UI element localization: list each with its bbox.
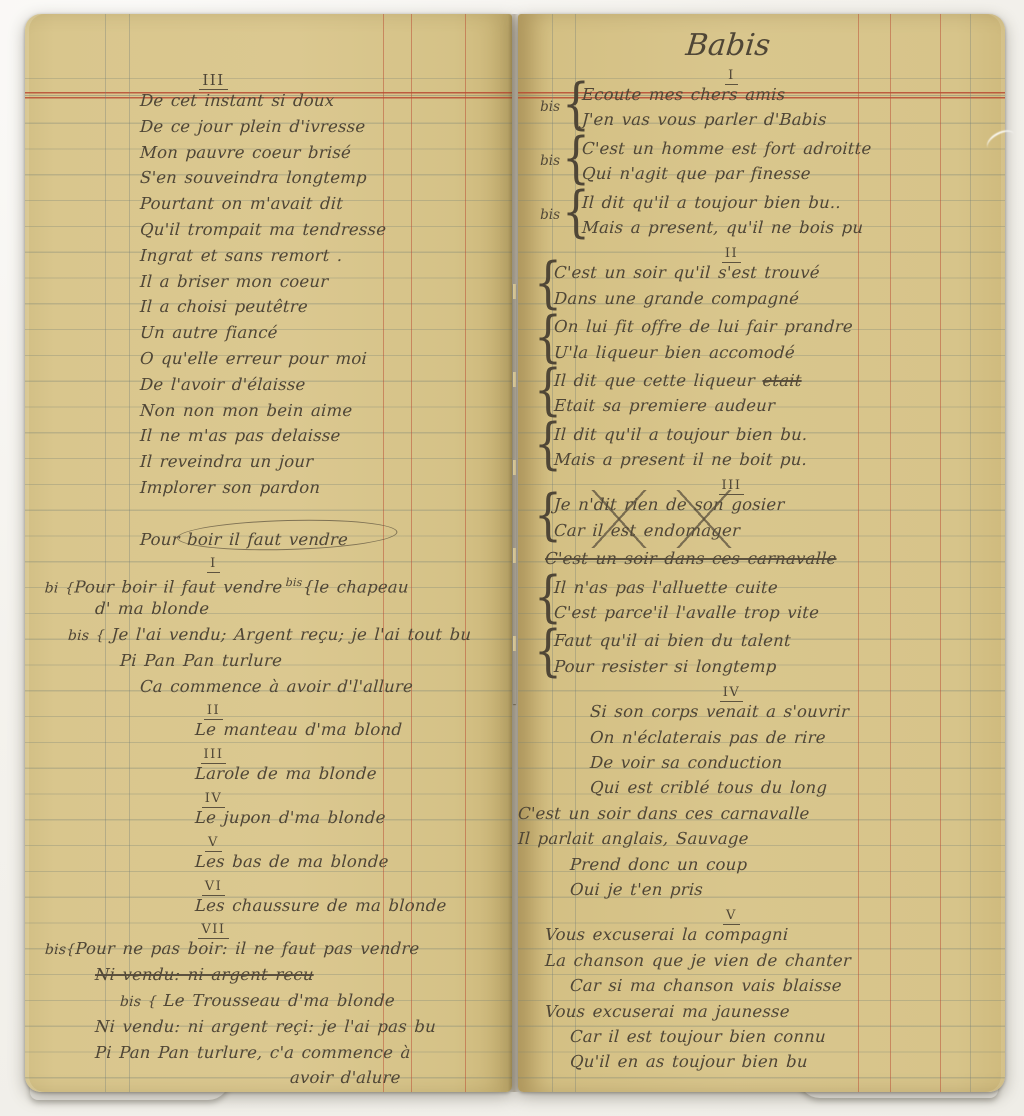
verse-line: Vous excuserai ma jaunesse xyxy=(472,999,1005,1024)
verse-lines: Il dit que cette liqueur etaitEtait sa p… xyxy=(554,368,1005,419)
verse-line: C'est parce'il l'avalle trop vite xyxy=(553,600,1005,625)
verse-line: C'est un soir dans ces carnavalle xyxy=(445,801,1005,826)
verse-lines: Les chaussure de ma blonde xyxy=(25,893,512,919)
verse-group: {C'est un soir qu'il s'est trouvéDans un… xyxy=(518,260,1005,311)
line-text: Il ne m'as pas delaisse xyxy=(140,426,342,445)
line-text: avoir d'alure xyxy=(290,1068,402,1087)
verse-line: bis { Je l'ai vendu; Argent reçu; je l'a… xyxy=(0,622,513,648)
verse-line: Ca commence à avoir d'l'allure xyxy=(24,674,512,700)
line-text: Il reveindra un jour xyxy=(140,452,314,471)
verse-group: Larole de ma blonde xyxy=(25,761,512,787)
verse-line: Car si ma chanson vais blaisse xyxy=(497,973,1005,998)
line-text: Prend donc un coup xyxy=(570,855,748,874)
verse-line: Vous excuserai la compagni xyxy=(472,922,1005,947)
verse-line: Pour resister si longtemp xyxy=(553,654,1005,679)
verse-line: C'est un homme est fort adroitte xyxy=(581,136,1005,161)
verse-lines: Faut qu'il ai bien du talentPour resiste… xyxy=(554,628,1005,679)
line-text: {le chapeau xyxy=(303,578,409,597)
line-text: Si son corps venait a s'ouvrir xyxy=(590,702,850,721)
verse-section: IVLe jupon d'ma blonde xyxy=(25,788,512,831)
right-page: Babis Ibis{Ecoute mes chers amisJ'en vas… xyxy=(518,14,1005,1092)
verse-lines: Ecoute mes chers amisJ'en vas vous parle… xyxy=(582,82,1005,133)
line-text: Larole de ma blonde xyxy=(195,764,378,783)
verse-line: Il dit qu'il a toujour bien bu. xyxy=(553,422,1005,447)
verse-line: Pi Pan Pan turlure xyxy=(4,648,512,674)
line-text: Il a choisi peutêtre xyxy=(140,297,309,316)
line-text: Ingrat et sans remort . xyxy=(140,246,343,265)
brace-icon: { xyxy=(534,488,554,543)
section-heading: II xyxy=(25,700,512,717)
verse-line: On n'éclaterais pas de rire xyxy=(517,725,1005,750)
verse-line: S'en souveindra longtemp xyxy=(24,165,512,191)
verse-group: Le jupon d'ma blonde xyxy=(25,805,512,831)
verse-line: Le manteau d'ma blond xyxy=(79,717,512,743)
verse-group: Si son corps venait a s'ouvrirOn n'éclat… xyxy=(518,699,1005,902)
verse-line: avoir d'alure xyxy=(174,1065,512,1091)
line-text: Pour boir il faut vendre xyxy=(74,578,283,597)
section-heading: IV xyxy=(25,788,512,805)
verse-line: bis { Le Trousseau d'ma blonde xyxy=(4,988,512,1014)
verse-line: Il dit que cette liqueur etait xyxy=(553,368,1005,393)
line-text: Non non mon bein aime xyxy=(140,401,353,420)
verse-lines: Il dit qu'il a toujour bien bu..Mais a p… xyxy=(582,190,1005,241)
line-text: Je l'ai vendu; Argent reçu; je l'ai tout… xyxy=(111,625,472,644)
line-text: U'la liqueur bien accomodé xyxy=(554,343,796,362)
verse-section: Ibis{Ecoute mes chers amisJ'en vas vous … xyxy=(518,65,1005,240)
line-text: C'est un soir qu'il s'est trouvé xyxy=(554,263,821,282)
section-heading: VII xyxy=(25,919,512,936)
section-heading: III xyxy=(25,744,512,761)
line-text: Oui je t'en pris xyxy=(570,880,704,899)
verse-line: C'est un soir qu'il s'est trouvé xyxy=(553,260,1005,285)
section-heading: III xyxy=(518,475,1005,492)
line-text: Pour resister si longtemp xyxy=(554,657,778,676)
line-text: Qu'il trompait ma tendresse xyxy=(140,220,387,239)
verse-line: Un autre fiancé xyxy=(24,320,512,346)
verse-line: De cet instant si doux xyxy=(24,88,512,114)
bis-marker: bis{ xyxy=(45,942,76,958)
verse-line: Prend donc un coup xyxy=(497,852,1005,877)
verse-group: {Il n'as pas l'alluette cuiteC'est parce… xyxy=(518,575,1005,626)
line-text: C'est un homme est fort adroitte xyxy=(582,139,872,158)
verse-group: bis{Ecoute mes chers amisJ'en vas vous p… xyxy=(518,82,1005,133)
line-text: Il dit qu'il a toujour bien bu.. xyxy=(582,193,842,212)
brace-icon: { xyxy=(562,185,582,240)
verse-section: Pour boir il faut vendre xyxy=(25,501,512,553)
section-heading: V xyxy=(25,832,512,849)
verse-group: Pour boir il faut vendre xyxy=(25,501,512,553)
bis-marker: bis xyxy=(534,207,562,223)
verse-line: Ni vendu: ni argent reçi: je l'ai pas bu xyxy=(0,1014,513,1040)
line-text: C'est parce'il l'avalle trop vite xyxy=(554,603,820,622)
verse-lines: Pour boir il faut vendre xyxy=(25,501,512,553)
verse-group: {Il dit que cette liqueur etaitEtait sa … xyxy=(518,368,1005,419)
brace-icon: { xyxy=(534,624,554,679)
bis-marker: bis { xyxy=(68,628,112,644)
verse-lines: C'est un soir dans ces carnavalle xyxy=(518,546,1005,571)
verse-line: Dans une grande compagné xyxy=(553,286,1005,311)
verse-lines: Il n'as pas l'alluette cuiteC'est parce'… xyxy=(554,575,1005,626)
verse-lines: Il dit qu'il a toujour bien bu.Mais a pr… xyxy=(554,422,1005,473)
verse-line: Car il est endomager xyxy=(553,518,1005,543)
line-text: Car il est toujour bien connu xyxy=(570,1027,827,1046)
verse-line: Larole de ma blonde xyxy=(79,761,512,787)
verse-section: III{Je n'dit rien de son gosierCar il es… xyxy=(518,475,1005,679)
verse-group: bis{C'est un homme est fort adroitteQui … xyxy=(518,136,1005,187)
line-text: Ca commence à avoir d'l'allure xyxy=(140,677,414,696)
verse-group: {On lui fit offre de lui fair prandreU'l… xyxy=(518,314,1005,365)
verse-line: Non non mon bein aime xyxy=(24,398,512,424)
verse-line: Qu'il trompait ma tendresse xyxy=(24,217,512,243)
verse-group: De cet instant si douxDe ce jour plein d… xyxy=(25,88,512,501)
line-text: Ecoute mes chers amis xyxy=(582,85,786,104)
verse-section: VVous excuserai la compagniLa chanson qu… xyxy=(518,905,1005,1074)
line-text: Mais a present il ne boit pu. xyxy=(554,450,808,469)
verse-section: II{C'est un soir qu'il s'est trouvéDans … xyxy=(518,243,1005,472)
verse-section: VIIbis{Pour ne pas boir: il ne faut pas … xyxy=(25,919,512,1091)
verse-line: O qu'elle erreur pour moi xyxy=(24,346,512,372)
line-text: Dans une grande compagné xyxy=(554,289,800,308)
struck-text: etait xyxy=(762,371,802,390)
verse-group: bis{Il dit qu'il a toujour bien bu..Mais… xyxy=(518,190,1005,241)
bis-marker: bis { xyxy=(120,994,164,1010)
line-text: C'est un soir dans ces carnavalle xyxy=(518,804,811,823)
line-text: d' ma blonde xyxy=(95,599,210,618)
brace-icon: { xyxy=(534,418,554,473)
verse-line: Ecoute mes chers amis xyxy=(581,82,1005,107)
verse-line: Ingrat et sans remort . xyxy=(24,243,512,269)
left-page-content: IIIDe cet instant si douxDe ce jour plei… xyxy=(25,70,512,1091)
verse-line: Ni vendu: ni argent recu xyxy=(0,962,513,988)
right-page-content: Babis Ibis{Ecoute mes chers amisJ'en vas… xyxy=(518,28,1005,1078)
verse-section: VLes bas de ma blonde xyxy=(25,832,512,875)
verse-line: Oui je t'en pris xyxy=(497,877,1005,902)
verse-line: Il ne m'as pas delaisse xyxy=(24,423,512,449)
line-text: Il a briser mon coeur xyxy=(140,272,329,291)
line-text: S'en souveindra longtemp xyxy=(140,168,368,187)
verse-line: Si son corps venait a s'ouvrir xyxy=(517,699,1005,724)
verse-section: IILe manteau d'ma blond xyxy=(25,700,512,743)
verse-line: Il a briser mon coeur xyxy=(24,269,512,295)
line-text: Le manteau d'ma blond xyxy=(195,720,403,739)
line-text: Implorer son pardon xyxy=(140,478,321,497)
verse-section: IVSi son corps venait a s'ouvrirOn n'écl… xyxy=(518,682,1005,902)
page-title: Babis xyxy=(684,28,1007,64)
verse-lines: De cet instant si douxDe ce jour plein d… xyxy=(25,88,512,501)
line-text: Pi Pan Pan turlure xyxy=(120,651,283,670)
line-text: O qu'elle erreur pour moi xyxy=(140,349,368,368)
verse-line: Il reveindra un jour xyxy=(24,449,512,475)
left-page: IIIDe cet instant si douxDe ce jour plei… xyxy=(25,14,512,1092)
verse-line: On lui fit offre de lui fair prandre xyxy=(553,314,1005,339)
section-heading: III xyxy=(25,71,512,88)
verse-line: Je n'dit rien de son gosier xyxy=(553,492,1005,517)
brace-icon: { xyxy=(534,364,554,419)
verse-group: C'est un soir dans ces carnavalle xyxy=(518,546,1005,571)
line-text: Il dit que cette liqueur xyxy=(554,371,763,390)
line-text: Pourtant on m'avait dit xyxy=(140,194,344,213)
line-text: De voir sa conduction xyxy=(590,753,783,772)
line-text: De ce jour plein d'ivresse xyxy=(140,117,366,136)
line-text: Mais a present, qu'il ne bois pu xyxy=(582,218,864,237)
section-heading: I xyxy=(25,553,512,570)
line-text: Le Trousseau d'ma blonde xyxy=(163,991,395,1010)
line-text: Qui est criblé tous du long xyxy=(590,778,828,797)
verse-line: Pourtant on m'avait dit xyxy=(24,191,512,217)
line-text: Qu'il en as toujour bien bu xyxy=(570,1052,809,1071)
verse-lines: Vous excuserai la compagniLa chanson que… xyxy=(518,922,1005,1074)
bis-marker: bis xyxy=(534,99,562,115)
verse-group: Les chaussure de ma blonde xyxy=(25,893,512,919)
line-text: Vous excuserai la compagni xyxy=(545,925,789,944)
verse-line: Car il est toujour bien connu xyxy=(497,1024,1005,1049)
line-text: On lui fit offre de lui fair prandre xyxy=(554,317,854,336)
section-heading: IV xyxy=(518,682,1005,699)
line-text: Le jupon d'ma blonde xyxy=(195,808,387,827)
brace-icon: { xyxy=(534,310,554,365)
line-text: La chanson que je vien de chanter xyxy=(545,951,852,970)
line-text: Les chaussure de ma blonde xyxy=(195,896,447,915)
line-text: J'en vas vous parler d'Babis xyxy=(582,110,828,129)
verse-group: {Je n'dit rien de son gosierCar il est e… xyxy=(518,492,1005,543)
verse-group: bis{Pour ne pas boir: il ne faut pas ven… xyxy=(25,936,512,1091)
verse-lines: bi {Pour boir il faut vendrebis{le chape… xyxy=(25,570,512,699)
line-text: Pi Pan Pan turlure, c'a commence à xyxy=(95,1043,412,1062)
line-text: Je n'dit rien de son gosier xyxy=(554,495,785,514)
verse-group: Les bas de ma blonde xyxy=(25,849,512,875)
bis-marker: bi { xyxy=(44,581,74,597)
verse-line: De voir sa conduction xyxy=(517,750,1005,775)
verse-section: IIIDe cet instant si douxDe ce jour plei… xyxy=(25,71,512,501)
verse-line: Il n'as pas l'alluette cuite xyxy=(553,575,1005,600)
verse-line: La chanson que je vien de chanter xyxy=(472,948,1005,973)
verse-line: Mais a present, qu'il ne bois pu xyxy=(581,215,1005,240)
verse-group: {Faut qu'il ai bien du talentPour resist… xyxy=(518,628,1005,679)
verse-group: Le manteau d'ma blond xyxy=(25,717,512,743)
verse-line: Etait sa premiere audeur xyxy=(553,393,1005,418)
line-text: Il parlait anglais, Sauvage xyxy=(518,829,750,848)
line-text: Ni vendu: ni argent reçi: je l'ai pas bu xyxy=(95,1017,437,1036)
verse-section: IIILarole de ma blonde xyxy=(25,744,512,787)
verse-line: U'la liqueur bien accomodé xyxy=(553,340,1005,365)
line-text: Faut qu'il ai bien du talent xyxy=(554,631,792,650)
verse-lines: bis{Pour ne pas boir: il ne faut pas ven… xyxy=(25,936,512,1091)
verse-line: d' ma blonde xyxy=(0,596,513,622)
verse-line: Qui n'agit que par finesse xyxy=(581,161,1005,186)
verse-lines: Si son corps venait a s'ouvrirOn n'éclat… xyxy=(518,699,1005,902)
struck-text: C'est un soir dans ces carnavalle xyxy=(545,549,838,568)
verse-line: Il a choisi peutêtre xyxy=(24,294,512,320)
line-text: Car il est endomager xyxy=(554,521,741,540)
verse-group: bi {Pour boir il faut vendrebis{le chape… xyxy=(25,570,512,699)
verse-line: Qu'il en as toujour bien bu xyxy=(497,1049,1005,1074)
line-text: Pour ne pas boir: il ne faut pas vendre xyxy=(75,939,420,958)
line-text: De l'avoir d'élaisse xyxy=(140,375,307,394)
line-text: Qui n'agit que par finesse xyxy=(582,164,812,183)
verse-line: De l'avoir d'élaisse xyxy=(24,372,512,398)
line-text: Etait sa premiere audeur xyxy=(554,396,776,415)
line-text: Les bas de ma blonde xyxy=(195,852,390,871)
verse-lines: C'est un homme est fort adroitteQui n'ag… xyxy=(582,136,1005,187)
section-heading: II xyxy=(518,243,1005,260)
verse-line: Il dit qu'il a toujour bien bu.. xyxy=(581,190,1005,215)
binding-stitches xyxy=(513,284,516,704)
verse-line: Pi Pan Pan turlure, c'a commence à xyxy=(0,1040,513,1066)
verse-line: Mais a present il ne boit pu. xyxy=(553,447,1005,472)
line-text: Il n'as pas l'alluette cuite xyxy=(554,578,779,597)
verse-line: Il parlait anglais, Sauvage xyxy=(445,826,1005,851)
verse-line: bis{Pour ne pas boir: il ne faut pas ven… xyxy=(0,936,513,962)
brace-icon: { xyxy=(562,78,582,133)
verse-group: Vous excuserai la compagniLa chanson que… xyxy=(518,922,1005,1074)
verse-lines: Le jupon d'ma blonde xyxy=(25,805,512,831)
section-heading: V xyxy=(518,905,1005,922)
verse-lines: Je n'dit rien de son gosierCar il est en… xyxy=(554,492,1005,543)
verse-lines: Le manteau d'ma blond xyxy=(25,717,512,743)
section-heading: I xyxy=(518,65,1005,82)
verse-line: Les chaussure de ma blonde xyxy=(79,893,512,919)
verse-line: De ce jour plein d'ivresse xyxy=(24,114,512,140)
line-text: Mon pauvre coeur brisé xyxy=(140,143,352,162)
line-text: Il dit qu'il a toujour bien bu. xyxy=(554,425,808,444)
line-text: Un autre fiancé xyxy=(140,323,279,342)
verse-line: Implorer son pardon xyxy=(24,475,512,501)
verse-section: VILes chaussure de ma blonde xyxy=(25,876,512,919)
verse-line: J'en vas vous parler d'Babis xyxy=(581,107,1005,132)
verse-line: Faut qu'il ai bien du talent xyxy=(553,628,1005,653)
verse-line: Mon pauvre coeur brisé xyxy=(24,140,512,166)
bis-superscript: bis xyxy=(285,576,302,589)
brace-icon: { xyxy=(534,571,554,626)
line-text: On n'éclaterais pas de rire xyxy=(590,728,827,747)
verse-line: Les bas de ma blonde xyxy=(79,849,512,875)
brace-icon: { xyxy=(562,132,582,187)
bis-marker: bis xyxy=(534,153,562,169)
line-text: Vous excuserai ma jaunesse xyxy=(545,1002,791,1021)
verse-section: Ibi {Pour boir il faut vendrebis{le chap… xyxy=(25,553,512,699)
brace-icon: { xyxy=(534,256,554,311)
verse-line: Pour boir il faut vendre xyxy=(24,527,512,553)
verse-lines: C'est un soir qu'il s'est trouvéDans une… xyxy=(554,260,1005,311)
verse-line: Qui est criblé tous du long xyxy=(517,775,1005,800)
verse-lines: Les bas de ma blonde xyxy=(25,849,512,875)
section-heading: VI xyxy=(25,876,512,893)
verse-line: bi {Pour boir il faut vendrebis{le chape… xyxy=(0,570,513,596)
line-text: De cet instant si doux xyxy=(140,91,335,110)
verse-lines: Larole de ma blonde xyxy=(25,761,512,787)
verse-lines: On lui fit offre de lui fair prandreU'la… xyxy=(554,314,1005,365)
line-text: Car si ma chanson vais blaisse xyxy=(570,976,843,995)
scanned-notebook-scene: IIIDe cet instant si douxDe ce jour plei… xyxy=(0,0,1024,1116)
struck-text: Ni vendu: ni argent recu xyxy=(95,965,315,984)
verse-group: {Il dit qu'il a toujour bien bu.Mais a p… xyxy=(518,422,1005,473)
